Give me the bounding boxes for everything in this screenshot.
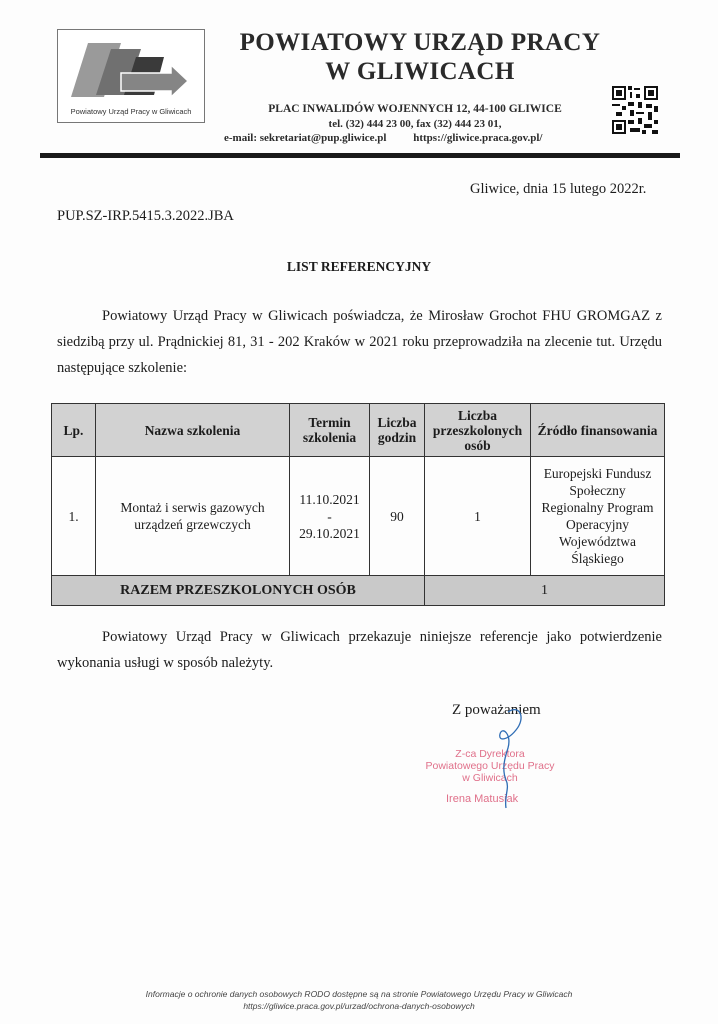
arrows-logo-icon (66, 35, 196, 101)
org-city: W GLIWICACH (200, 57, 640, 86)
col-header-funding: Źródło finansowania (531, 404, 665, 457)
org-contact: e-mail: sekretariat@pup.gliwice.pl https… (224, 131, 624, 145)
cell-funding: Europejski Fundusz Społeczny Regionalny … (531, 457, 665, 576)
col-header-date: Termin szkolenia (290, 404, 370, 457)
col-header-hours: Liczba godzin (370, 404, 425, 457)
col-header-trained: Liczba przeszkolonych osób (425, 404, 531, 457)
gdpr-footer: Informacje o ochronie danych osobowych R… (0, 988, 718, 1012)
table-row: 1. Montaż i serwis gazowych urządzeń grz… (52, 457, 665, 576)
org-phone-fax: tel. (32) 444 23 00, fax (32) 444 23 01, (215, 117, 615, 131)
website-link[interactable]: https://gliwice.praca.gov.pl/ (413, 132, 542, 144)
org-name: POWIATOWY URZĄD PRACY (200, 28, 640, 57)
training-table: Lp. Nazwa szkolenia Termin szkolenia Lic… (51, 403, 665, 606)
letter-title: LIST REFERENCYJNY (0, 259, 718, 275)
footer-gdpr-note: Informacje o ochronie danych osobowych R… (0, 988, 718, 1000)
logo-caption: Powiatowy Urząd Pracy w Gliwicach (58, 107, 204, 116)
letter-date: Gliwice, dnia 15 lutego 2022r. (470, 179, 646, 199)
cell-name: Montaż i serwis gazowych urządzeń grzewc… (96, 457, 290, 576)
email-link[interactable]: sekretariat@pup.gliwice.pl (260, 132, 387, 144)
letter-paragraph-intro: Powiatowy Urząd Pracy w Gliwicach poświa… (57, 303, 662, 381)
col-header-name: Nazwa szkolenia (96, 404, 290, 457)
org-address: PLAC INWALIDÓW WOJENNYCH 12, 44-100 GLIW… (215, 102, 615, 116)
handwritten-signature-icon (490, 704, 530, 814)
logo: Powiatowy Urząd Pracy w Gliwicach (57, 29, 205, 123)
cell-trained: 1 (425, 457, 531, 576)
letter-paragraph-closing: Powiatowy Urząd Pracy w Gliwicach przeka… (57, 624, 662, 676)
total-label: RAZEM PRZESZKOLONYCH OSÓB (52, 576, 425, 606)
total-value: 1 (425, 576, 665, 606)
footer-gdpr-link[interactable]: https://gliwice.praca.gov.pl/urzad/ochro… (0, 1000, 718, 1012)
date-separator: - (292, 508, 367, 525)
date-to: 29.10.2021 (292, 525, 367, 542)
cell-date: 11.10.2021 - 29.10.2021 (290, 457, 370, 576)
col-header-lp: Lp. (52, 404, 96, 457)
qr-code-icon (612, 86, 658, 134)
header-divider (40, 153, 680, 158)
cell-lp: 1. (52, 457, 96, 576)
table-header-row: Lp. Nazwa szkolenia Termin szkolenia Lic… (52, 404, 665, 457)
table-total-row: RAZEM PRZESZKOLONYCH OSÓB 1 (52, 576, 665, 606)
cell-hours: 90 (370, 457, 425, 576)
reference-number: PUP.SZ-IRP.5415.3.2022.JBA (57, 206, 234, 226)
date-from: 11.10.2021 (292, 491, 367, 508)
email-label: e-mail: (224, 132, 257, 144)
